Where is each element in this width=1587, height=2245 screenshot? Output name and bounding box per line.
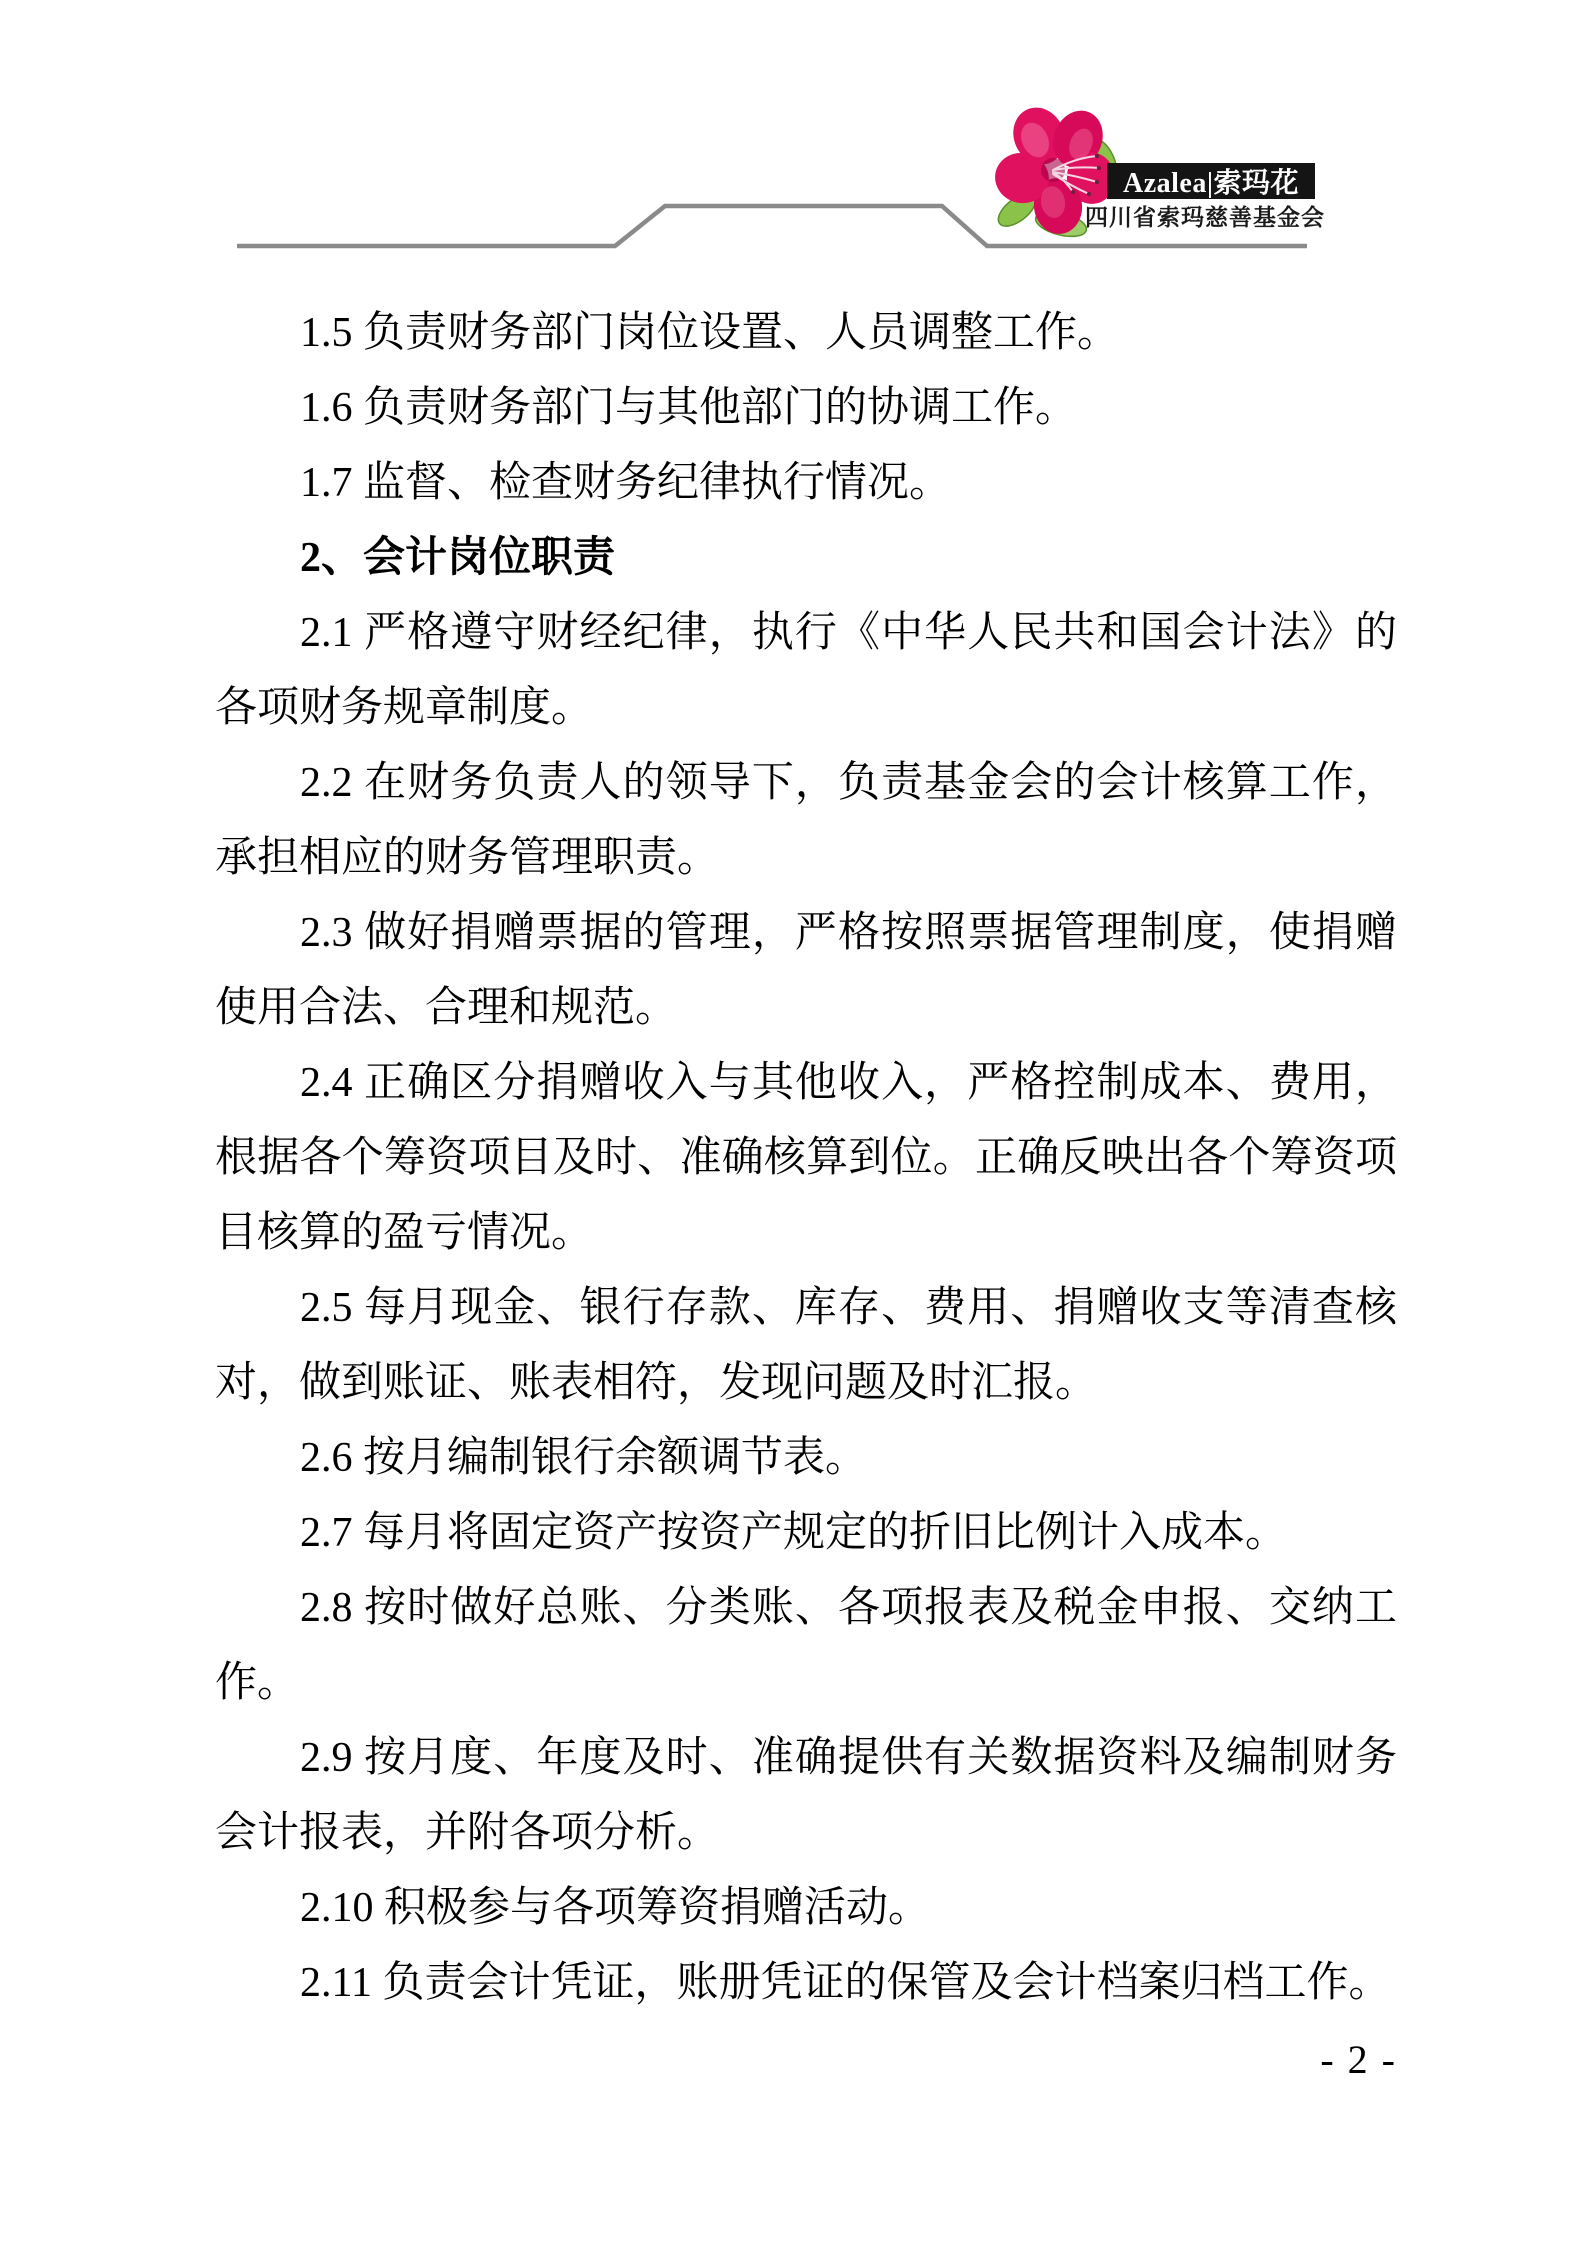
- document-line: 2.3 做好捐赠票据的管理，严格按照票据管理制度，使捐赠: [215, 896, 1397, 971]
- document-page: Azalea|索玛花 四川省索玛慈善基金会 1.5 负责财务部门岗位设置、人员调…: [0, 0, 1587, 2245]
- document-line: 2.11 负责会计凭证，账册凭证的保管及会计档案归档工作。: [215, 1946, 1397, 2021]
- document-line: 会计报表，并附各项分析。: [215, 1796, 1397, 1871]
- page-number: - 2 -: [1320, 2036, 1397, 2083]
- logo-brand-bar: Azalea|索玛花: [1107, 163, 1315, 199]
- document-line: 2.6 按月编制银行余额调节表。: [215, 1421, 1397, 1496]
- document-line: 2.1 严格遵守财经纪律，执行《中华人民共和国会计法》的: [215, 596, 1397, 671]
- document-line: 作。: [215, 1646, 1397, 1721]
- document-line: 1.7 监督、检查财务纪律执行情况。: [215, 446, 1397, 521]
- document-line: 对，做到账证、账表相符，发现问题及时汇报。: [215, 1346, 1397, 1421]
- document-line: 2.9 按月度、年度及时、准确提供有关数据资料及编制财务: [215, 1721, 1397, 1796]
- logo-brand-text: Azalea|索玛花: [1123, 161, 1299, 201]
- document-line: 2.8 按时做好总账、分类账、各项报表及税金申报、交纳工: [215, 1571, 1397, 1646]
- document-line: 使用合法、合理和规范。: [215, 971, 1397, 1046]
- document-line: 根据各个筹资项目及时、准确核算到位。正确反映出各个筹资项: [215, 1121, 1397, 1196]
- document-body: 1.5 负责财务部门岗位设置、人员调整工作。 1.6 负责财务部门与其他部门的协…: [215, 296, 1397, 2021]
- document-line: 承担相应的财务管理职责。: [215, 821, 1397, 896]
- section-heading: 2、会计岗位职责: [215, 521, 1397, 596]
- document-line: 2.7 每月将固定资产按资产规定的折旧比例计入成本。: [215, 1496, 1397, 1571]
- document-line: 2.5 每月现金、银行存款、库存、费用、捐赠收支等清查核: [215, 1271, 1397, 1346]
- logo-org-name: 四川省索玛慈善基金会: [1085, 199, 1317, 232]
- document-line: 2.2 在财务负责人的领导下，负责基金会的会计核算工作，: [215, 746, 1397, 821]
- document-line: 1.5 负责财务部门岗位设置、人员调整工作。: [215, 296, 1397, 371]
- header-divider-line: [0, 0, 1587, 300]
- document-line: 1.6 负责财务部门与其他部门的协调工作。: [215, 371, 1397, 446]
- document-line: 2.10 积极参与各项筹资捐赠活动。: [215, 1871, 1397, 1946]
- document-line: 2.4 正确区分捐赠收入与其他收入，严格控制成本、费用，: [215, 1046, 1397, 1121]
- document-line: 各项财务规章制度。: [215, 671, 1397, 746]
- document-line: 目核算的盈亏情况。: [215, 1196, 1397, 1271]
